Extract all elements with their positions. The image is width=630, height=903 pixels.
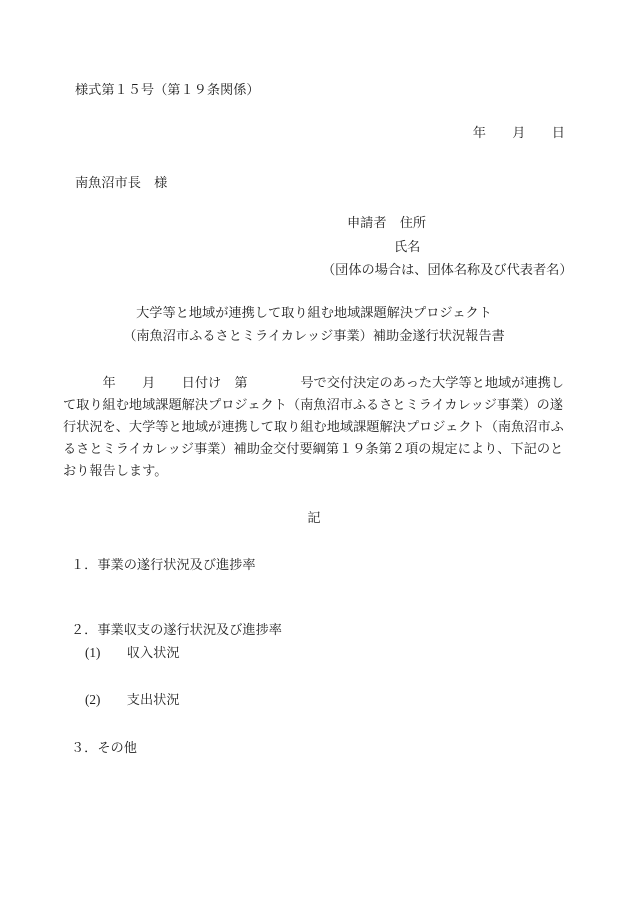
- addressee-line: 南魚沼市長 様: [75, 173, 167, 193]
- date-line: 年 月 日: [63, 123, 565, 143]
- body-line-2: て取り組む地域課題解決プロジェクト（南魚沼市ふるさとミライカレッジ事業）の遂: [63, 395, 563, 415]
- body-line-4: るさとミライカレッジ事業）補助金交付要綱第１９条第２項の規定により、下記のと: [63, 439, 563, 459]
- document-page: 様式第１５号（第１９条関係） 年 月 日 南魚沼市長 様 申請者 住所 氏名 （…: [0, 0, 630, 903]
- body-line-1: 年 月 日付け 第 号で交付決定のあった大学等と地域が連携し: [63, 373, 564, 393]
- section-2-item-expenditure: (2) 支出状況: [85, 690, 180, 710]
- body-line-3: 行状況を、大学等と地域が連携して取り組む地域課題解決プロジェクト（南魚沼市ふ: [63, 417, 564, 437]
- section-1-heading: １．事業の遂行状況及び進捗率: [71, 555, 256, 575]
- section-2-heading: ２．事業収支の遂行状況及び進捗率: [71, 620, 282, 640]
- document-title-line2: （南魚沼市ふるさとミライカレッジ事業）補助金遂行状況報告書: [63, 326, 565, 346]
- applicant-org-note: （団体の場合は、団体名称及び代表者名）: [322, 260, 573, 280]
- body-line-5: おり報告します。: [63, 461, 167, 481]
- applicant-address-line: 申請者 住所: [347, 213, 426, 233]
- document-title-line1: 大学等と地域が連携して取り組む地域課題解決プロジェクト: [63, 303, 565, 323]
- section-2-item-income: (1) 収入状況: [85, 643, 180, 663]
- form-number-line: 様式第１５号（第１９条関係）: [75, 80, 260, 100]
- record-marker: 記: [63, 508, 565, 528]
- applicant-name-line: 氏名: [394, 237, 420, 257]
- section-3-heading: ３．その他: [71, 738, 137, 758]
